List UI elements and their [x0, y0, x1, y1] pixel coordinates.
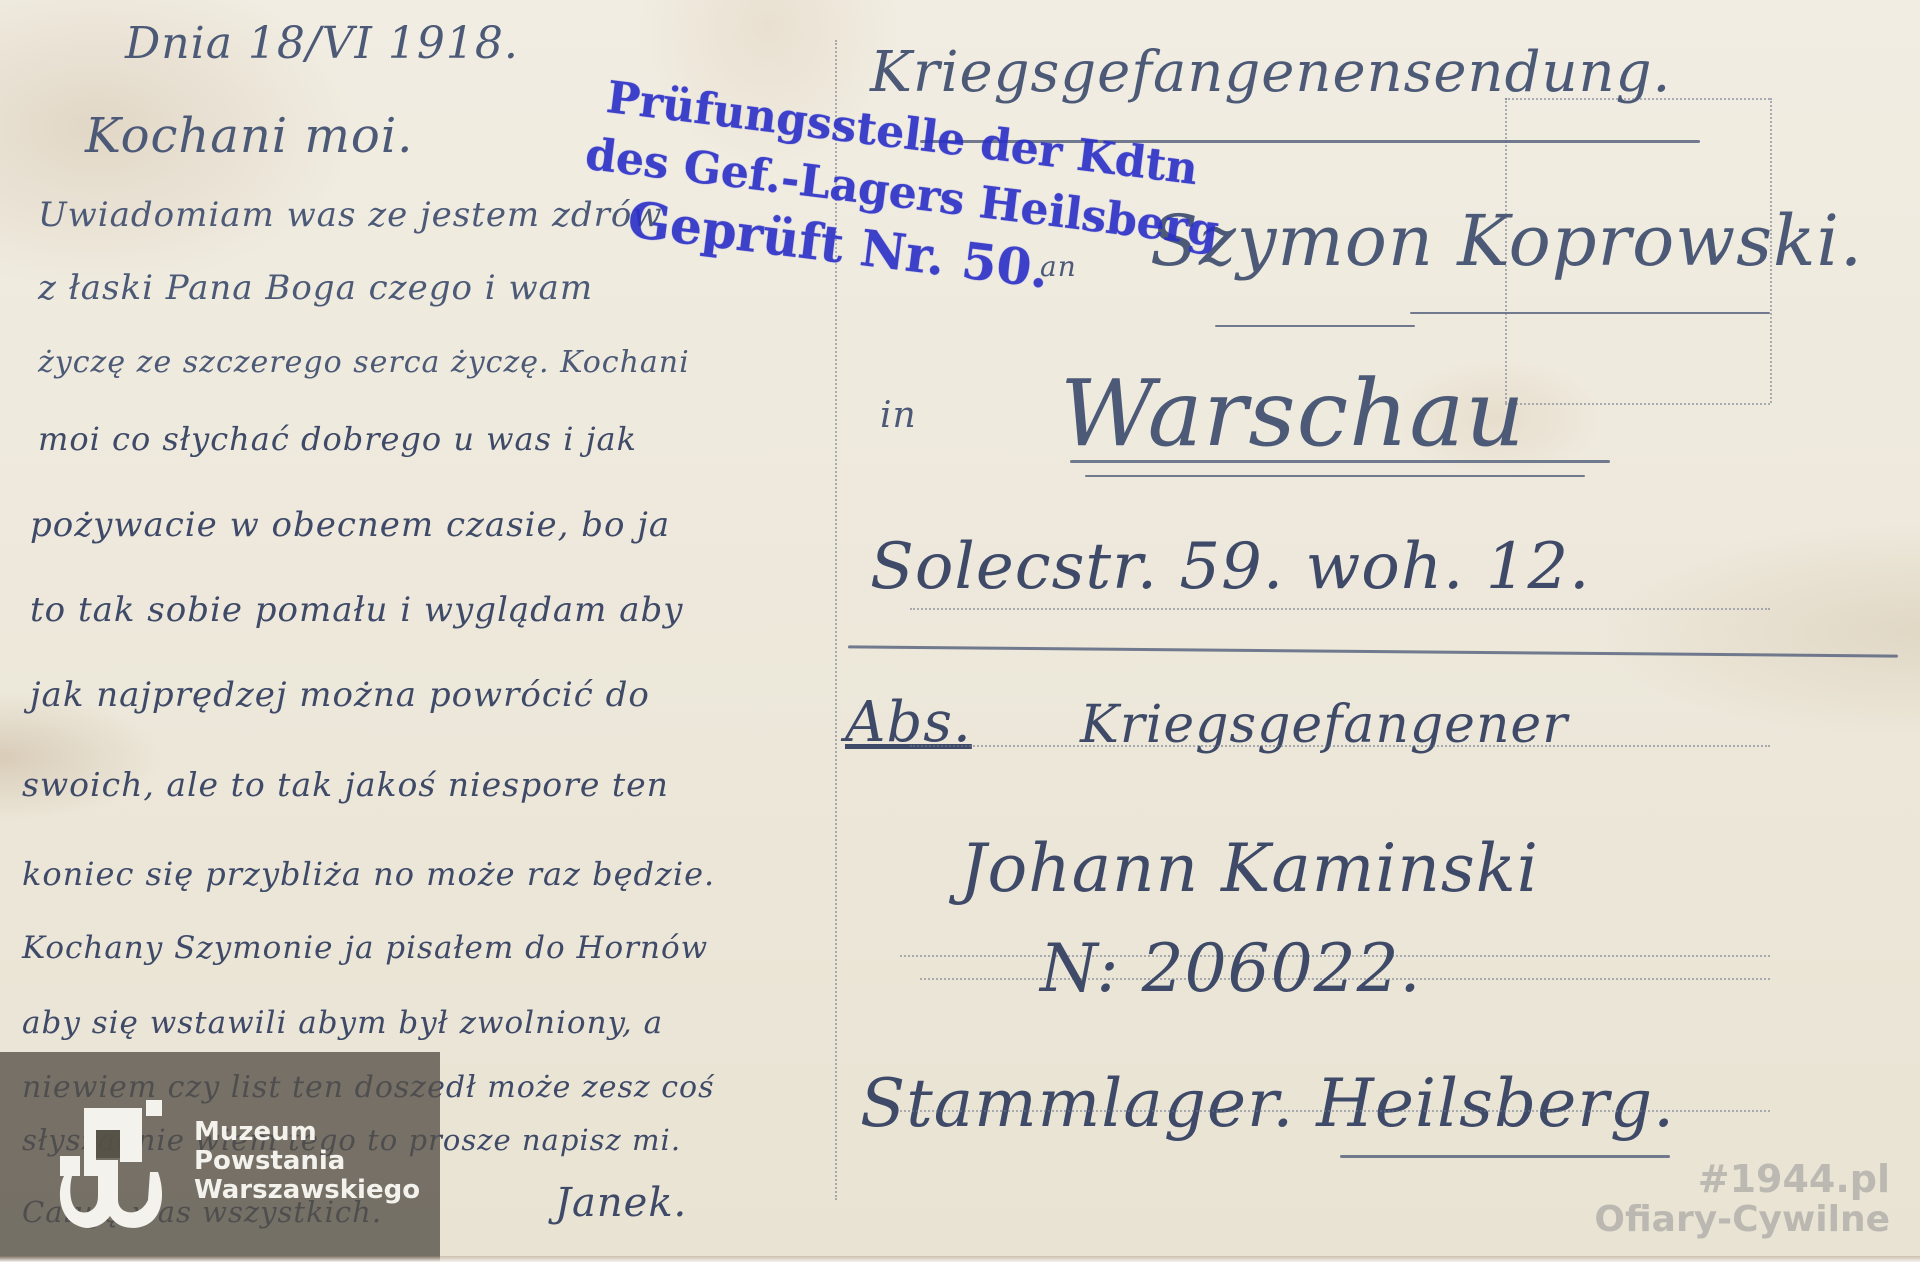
- sender-number: N: 206022.: [1040, 930, 1422, 1007]
- museum-name-line: Warszawskiego: [194, 1176, 420, 1205]
- letter-line: moi co słychać dobrego u was i jak: [38, 420, 637, 458]
- letter-line: Kochany Szymonie ja pisałem do Hornów: [22, 930, 708, 966]
- museum-name-line: Powstania: [194, 1147, 420, 1176]
- camp-line: [900, 1110, 1770, 1112]
- censor-stamp: Prüfungsstelle der Kdtn des Gef.-Lagers …: [589, 72, 1229, 320]
- sender-name: Johann Kaminski: [960, 830, 1539, 907]
- city-prefix: in: [880, 395, 917, 436]
- letter-line: aby się wstawili abym był zwolniony, a: [22, 1005, 663, 1041]
- letter-line: z łaski Pana Boga czego i wam: [38, 268, 593, 308]
- letter-line: koniec się przybliża no może raz będzie.: [22, 855, 715, 893]
- street-line: [910, 608, 1770, 610]
- letter-line: swoich, ale to tak jakoś niespore ten: [22, 765, 669, 804]
- letter-line: to tak sobie pomału i wyglądam aby: [30, 590, 683, 630]
- date-line: Dnia 18/VI 1918.: [125, 18, 519, 69]
- city-underline-2: [1085, 475, 1585, 477]
- recipient-name: Szymon Koprowski.: [1150, 200, 1863, 282]
- stamp-box-bottom: [1505, 403, 1770, 405]
- address-header: Kriegsgefangenensendung.: [870, 40, 1671, 105]
- watermark: #1944.pl Ofiary-Cywilne: [1594, 1158, 1890, 1240]
- watermark-line: #1944.pl: [1594, 1158, 1890, 1200]
- kotwica-anchor-icon: [58, 1100, 178, 1230]
- city-underline-1: [1070, 460, 1610, 463]
- letter-line: Uwiadomiam was ze jestem zdrów: [38, 195, 663, 235]
- recipient-underline-1: [1215, 325, 1415, 327]
- letter-line: pożywacie w obecnem czasie, bo ja: [30, 505, 670, 545]
- letter-line: życzę ze szczerego serca życzę. Kochani: [38, 345, 690, 380]
- watermark-line: Ofiary-Cywilne: [1594, 1200, 1890, 1240]
- recipient-underline-2: [1410, 312, 1770, 314]
- postcard: Dnia 18/VI 1918. Kochani moi. Uwiadomiam…: [0, 0, 1920, 1262]
- city-name: Warschau: [1060, 360, 1525, 467]
- museum-name: Muzeum Powstania Warszawskiego: [194, 1118, 420, 1205]
- sender-line-1: [910, 745, 1770, 747]
- signature: Janek.: [555, 1180, 687, 1226]
- museum-logo-panel: Muzeum Powstania Warszawskiego: [0, 1052, 440, 1262]
- museum-name-line: Muzeum: [194, 1118, 420, 1147]
- letter-line: jak najprędzej można powrócić do: [30, 675, 650, 715]
- street-address: Solecstr. 59. woh. 12.: [870, 530, 1591, 604]
- greeting: Kochani moi.: [85, 108, 413, 164]
- address-separator: [848, 645, 1898, 657]
- camp-name: Stammlager. Heilsberg.: [860, 1065, 1675, 1142]
- card-edge: [0, 1256, 1920, 1262]
